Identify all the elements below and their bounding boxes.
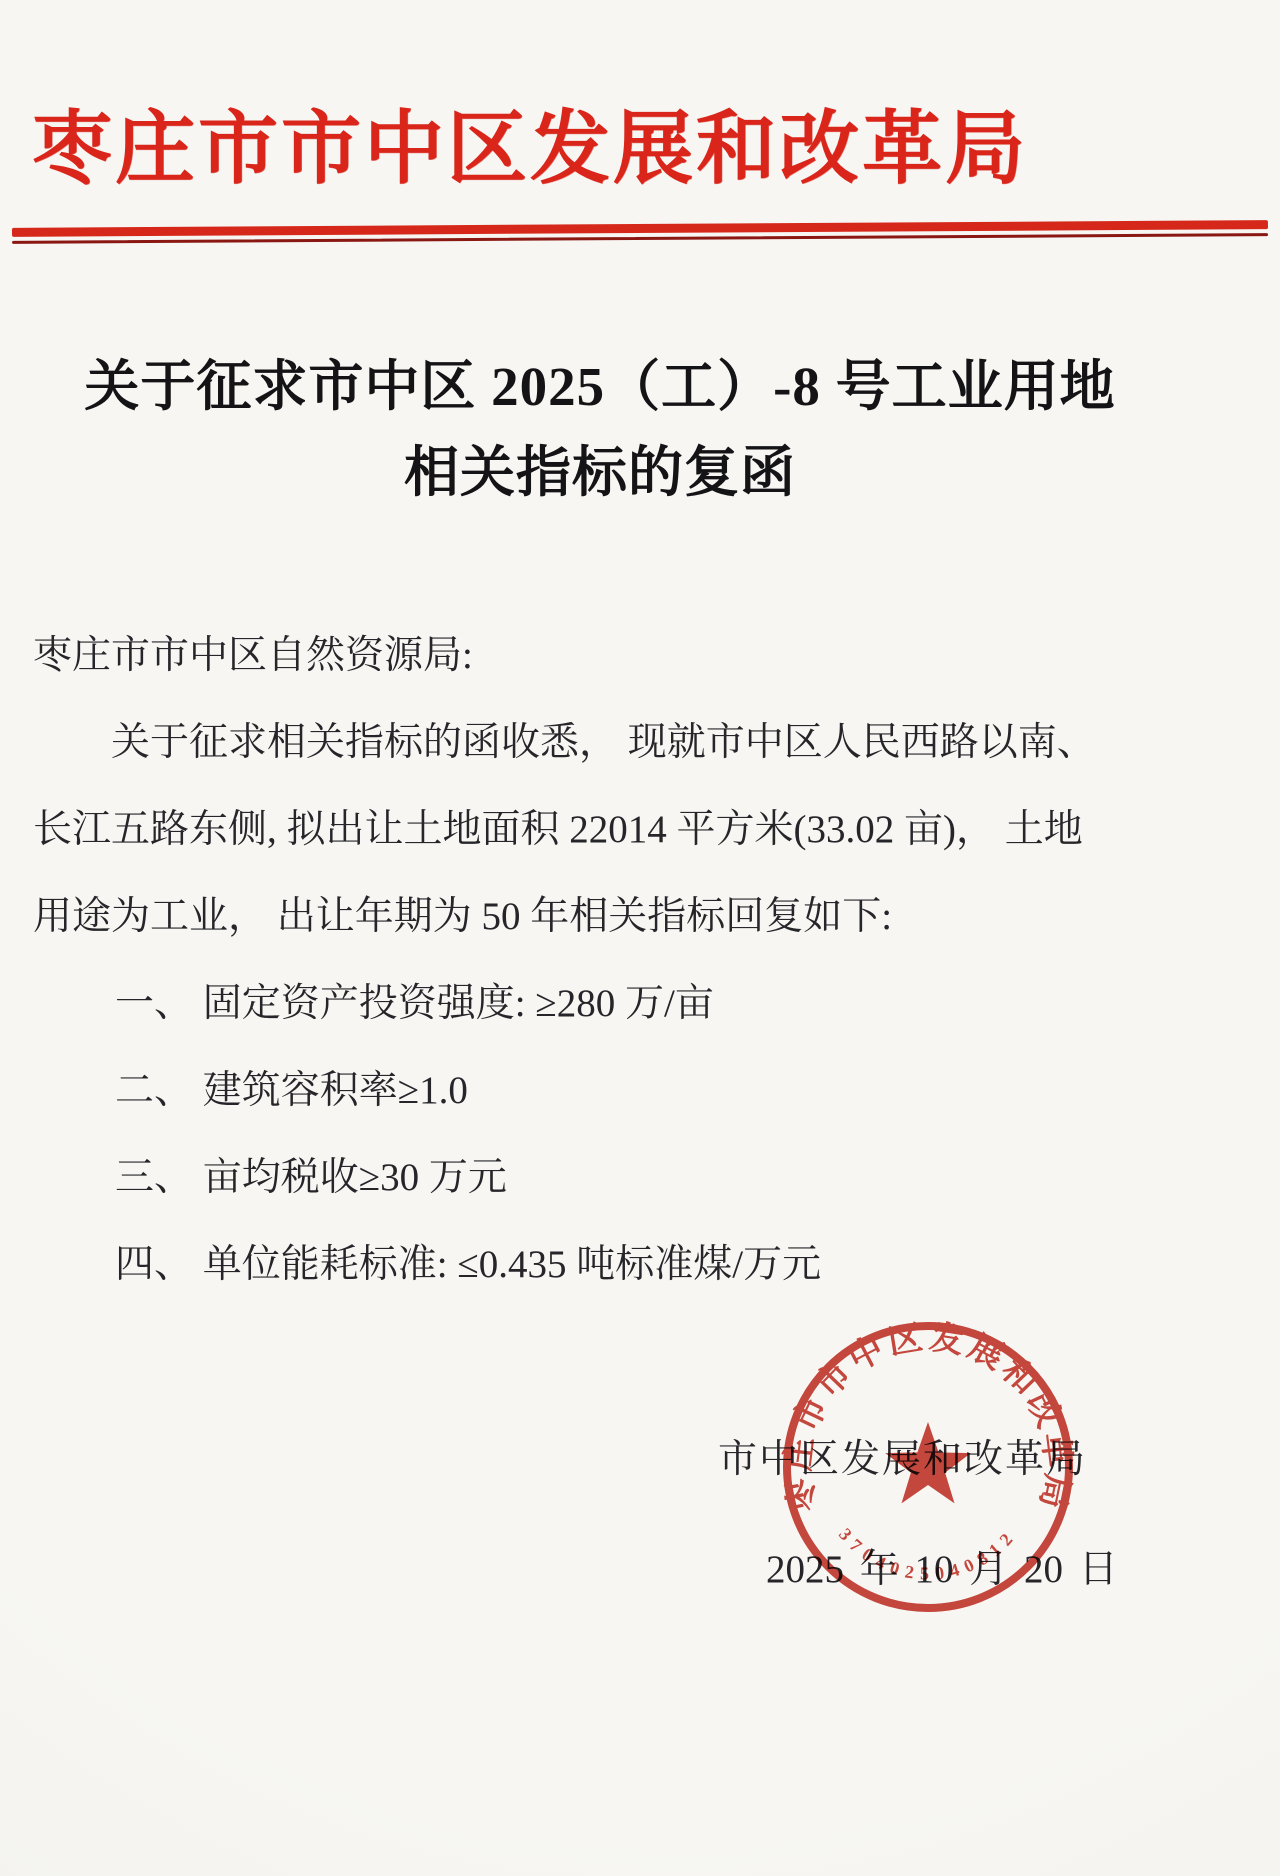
recipient-line: 枣庄市市中区自然资源局:	[33, 612, 1063, 699]
directive-item-1: 一、 固定资产投资强度: ≥280 万/亩	[33, 960, 1063, 1047]
paragraph-line: 长江五路东侧, 拟出让土地面积 22014 平方米(33.02 亩)， 土地	[33, 786, 1063, 873]
red-separator	[12, 220, 1268, 244]
document-body: 枣庄市市中区自然资源局: 关于征求相关指标的函收悉， 现就市中区人民西路以南、 …	[33, 612, 1063, 1308]
document-title-line2: 相关指标的复函	[70, 430, 1130, 516]
document-title-line1: 关于征求市中区 2025（工）-8 号工业用地	[70, 344, 1130, 430]
directive-item-2: 二、 建筑容积率≥1.0	[33, 1047, 1063, 1134]
seal-star	[885, 1422, 971, 1503]
directive-item-3: 三、 亩均税收≥30 万元	[33, 1134, 1063, 1221]
paragraph-line: 关于征求相关指标的函收悉， 现就市中区人民西路以南、	[33, 699, 1063, 786]
letterhead-agency-name: 枣庄市市中区发展和改革局	[0, 84, 1060, 199]
seal-code: 3704025040812	[835, 1524, 1021, 1583]
document-page: 枣庄市市中区发展和改革局 关于征求市中区 2025（工）-8 号工业用地 相关指…	[0, 0, 1280, 1876]
official-seal: 枣庄市市中区发展和改革局 3704025040812	[778, 1317, 1078, 1617]
paragraph-line: 用途为工业， 出让年期为 50 年相关指标回复如下:	[33, 873, 1063, 960]
seal-ring-text: 枣庄市市中区发展和改革局	[779, 1318, 1077, 1515]
document-title: 关于征求市中区 2025（工）-8 号工业用地 相关指标的复函	[70, 344, 1130, 516]
directive-item-4: 四、 单位能耗标准: ≤0.435 吨标准煤/万元	[33, 1221, 1063, 1308]
